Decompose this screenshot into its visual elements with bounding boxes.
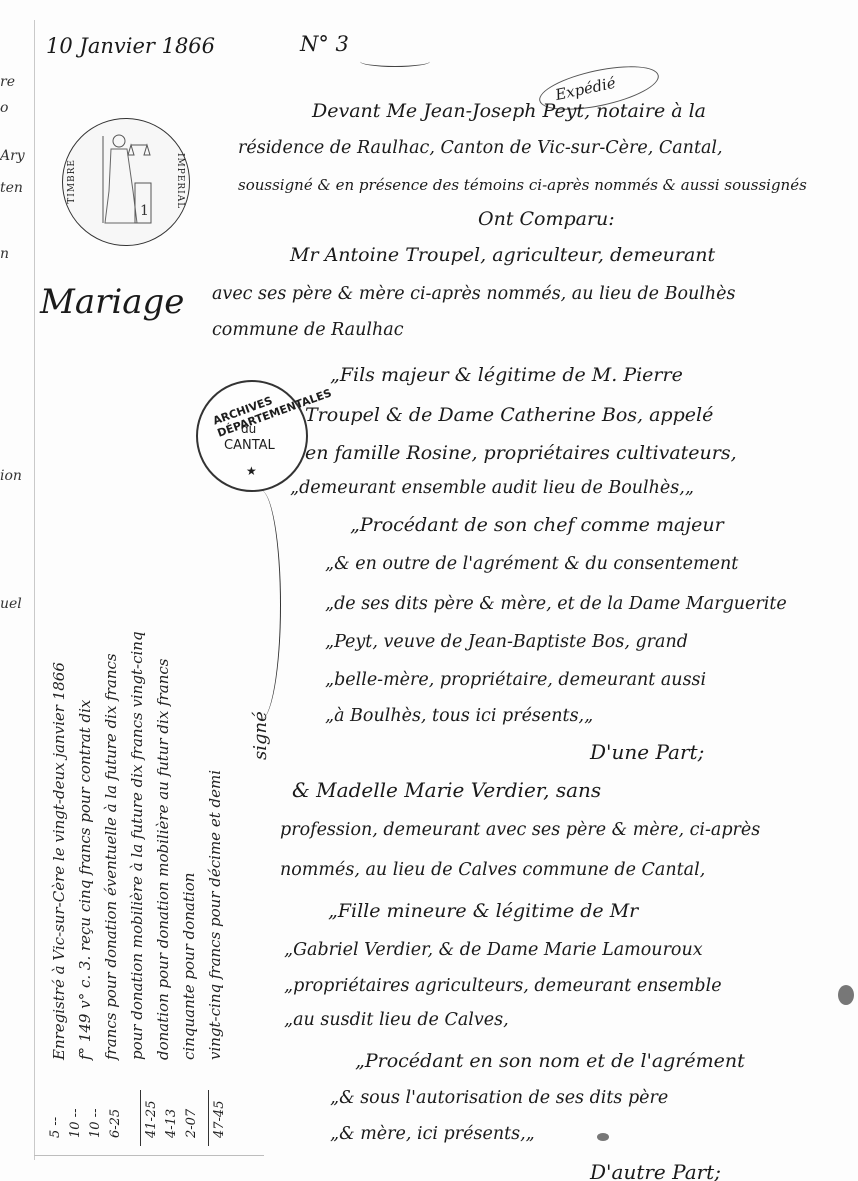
total-2: 47-45 bbox=[212, 1101, 227, 1138]
amount-1: 5 -- bbox=[48, 1117, 63, 1138]
body-line-ont-comparu: Ont Comparu: bbox=[478, 208, 615, 230]
margin-title-mariage: Mariage bbox=[40, 282, 184, 322]
stamp-left-text: TIMBRE bbox=[67, 159, 77, 204]
body-line-5: Mr Antoine Troupel, agriculteur, demeura… bbox=[290, 244, 715, 266]
registration-line-2: f° 149 v° c. 3. reçu cinq francs pour co… bbox=[76, 700, 94, 1060]
body-line-22: „Fille mineure & légitime de Mr bbox=[328, 900, 638, 922]
registration-note: Enregistré à Vic-sur-Cère le vingt-deux … bbox=[40, 430, 280, 1150]
body-line-20: profession, demeurant avec ses père & mè… bbox=[280, 820, 760, 840]
body-line-3: soussigné & en présence des témoins ci-a… bbox=[238, 176, 807, 194]
amount-5: 4-13 bbox=[164, 1109, 179, 1138]
body-line-27: „& sous l'autorisation de ses dits père bbox=[330, 1088, 668, 1108]
body-line-15: „Peyt, veuve de Jean-Baptiste Bos, grand bbox=[325, 632, 688, 652]
body-line-1: Devant Me Jean-Joseph Peyt, notaire à la bbox=[312, 100, 706, 122]
body-line-21: nommés, au lieu de Calves commune de Can… bbox=[280, 860, 705, 880]
edge-fragment: ten bbox=[0, 180, 23, 196]
body-line-12: „Procédant de son chef comme majeur bbox=[350, 514, 724, 536]
body-line-9: Troupel & de Dame Catherine Bos, appelé bbox=[305, 404, 713, 426]
body-line-28: „& mère, ici présents,„ bbox=[330, 1124, 535, 1144]
amount-4: 6-25 bbox=[108, 1109, 123, 1138]
edge-fragment: n bbox=[0, 246, 9, 262]
amount-2: 10 -- bbox=[68, 1109, 83, 1138]
body-line-2: résidence de Raulhac, Canton de Vic-sur-… bbox=[238, 138, 723, 158]
ink-blot bbox=[597, 1133, 609, 1141]
body-line-11: „demeurant ensemble audit lieu de Boulhè… bbox=[290, 478, 694, 498]
body-line-17: „à Boulhès, tous ici présents,„ bbox=[325, 706, 593, 726]
document-page: 10 Janvier 1866 N° 3 Expédié TIMBRE IMPE… bbox=[0, 0, 858, 1181]
edge-fragment: o bbox=[0, 100, 8, 116]
sum-rule-2 bbox=[208, 1090, 209, 1146]
amount-3: 10 -- bbox=[88, 1109, 103, 1138]
registration-line-7: vingt-cinq francs pour décime et demi bbox=[206, 770, 224, 1060]
justice-figure-icon: 1 bbox=[97, 131, 153, 231]
registration-line-1: Enregistré à Vic-sur-Cère le vingt-deux … bbox=[50, 662, 68, 1060]
sum-rule-1 bbox=[140, 1090, 141, 1146]
body-line-24: „propriétaires agriculteurs, demeurant e… bbox=[284, 976, 722, 996]
page-bottom-edge bbox=[34, 1155, 264, 1156]
body-line-16: „belle-mère, propriétaire, demeurant aus… bbox=[325, 670, 706, 690]
body-line-d-autre-part: D'autre Part; bbox=[590, 1160, 721, 1181]
number-flourish bbox=[360, 56, 430, 67]
edge-fragment: re bbox=[0, 74, 15, 90]
body-line-26: „Procédant en son nom et de l'agrément bbox=[355, 1050, 745, 1072]
body-line-7: commune de Raulhac bbox=[212, 320, 404, 340]
edge-fragment: uel bbox=[0, 596, 22, 612]
body-line-6: avec ses père & mère ci-après nommés, au… bbox=[212, 284, 735, 304]
document-date: 10 Janvier 1866 bbox=[46, 34, 215, 58]
margin-fold-line bbox=[34, 20, 35, 1160]
edge-fragment: Ary bbox=[0, 148, 25, 164]
body-line-14: „de ses dits père & mère, et de la Dame … bbox=[325, 594, 787, 614]
edge-fragment: ion bbox=[0, 468, 22, 484]
document-number: N° 3 bbox=[300, 32, 349, 56]
ink-smudge bbox=[838, 985, 854, 1005]
body-line-25: „au susdit lieu de Calves, bbox=[284, 1010, 509, 1030]
registration-line-3: francs pour donation éventuelle à la fut… bbox=[102, 653, 120, 1060]
amount-6: 2-07 bbox=[184, 1109, 199, 1138]
body-line-23: „Gabriel Verdier, & de Dame Marie Lamour… bbox=[284, 940, 703, 960]
body-line-13: „& en outre de l'agrément & du consentem… bbox=[325, 554, 738, 574]
registration-signe: signé bbox=[250, 711, 271, 760]
registration-line-5: donation pour donation mobilière au futu… bbox=[154, 659, 172, 1060]
registration-line-6: cinquante pour donation bbox=[180, 873, 198, 1060]
body-line-10: en famille Rosine, propriétaires cultiva… bbox=[305, 442, 737, 464]
total-1: 41-25 bbox=[144, 1101, 159, 1138]
body-line-8: „Fils majeur & légitime de M. Pierre bbox=[330, 364, 683, 386]
body-line-d-une-part: D'une Part; bbox=[590, 740, 704, 764]
registration-line-4: pour donation mobilière à la future dix … bbox=[128, 631, 146, 1060]
timbre-imperial-stamp: TIMBRE IMPERIAL 1 bbox=[62, 118, 190, 246]
stamp-right-text: IMPERIAL bbox=[175, 153, 185, 209]
svg-text:1: 1 bbox=[140, 203, 149, 219]
body-line-19: & Madelle Marie Verdier, sans bbox=[292, 778, 601, 802]
